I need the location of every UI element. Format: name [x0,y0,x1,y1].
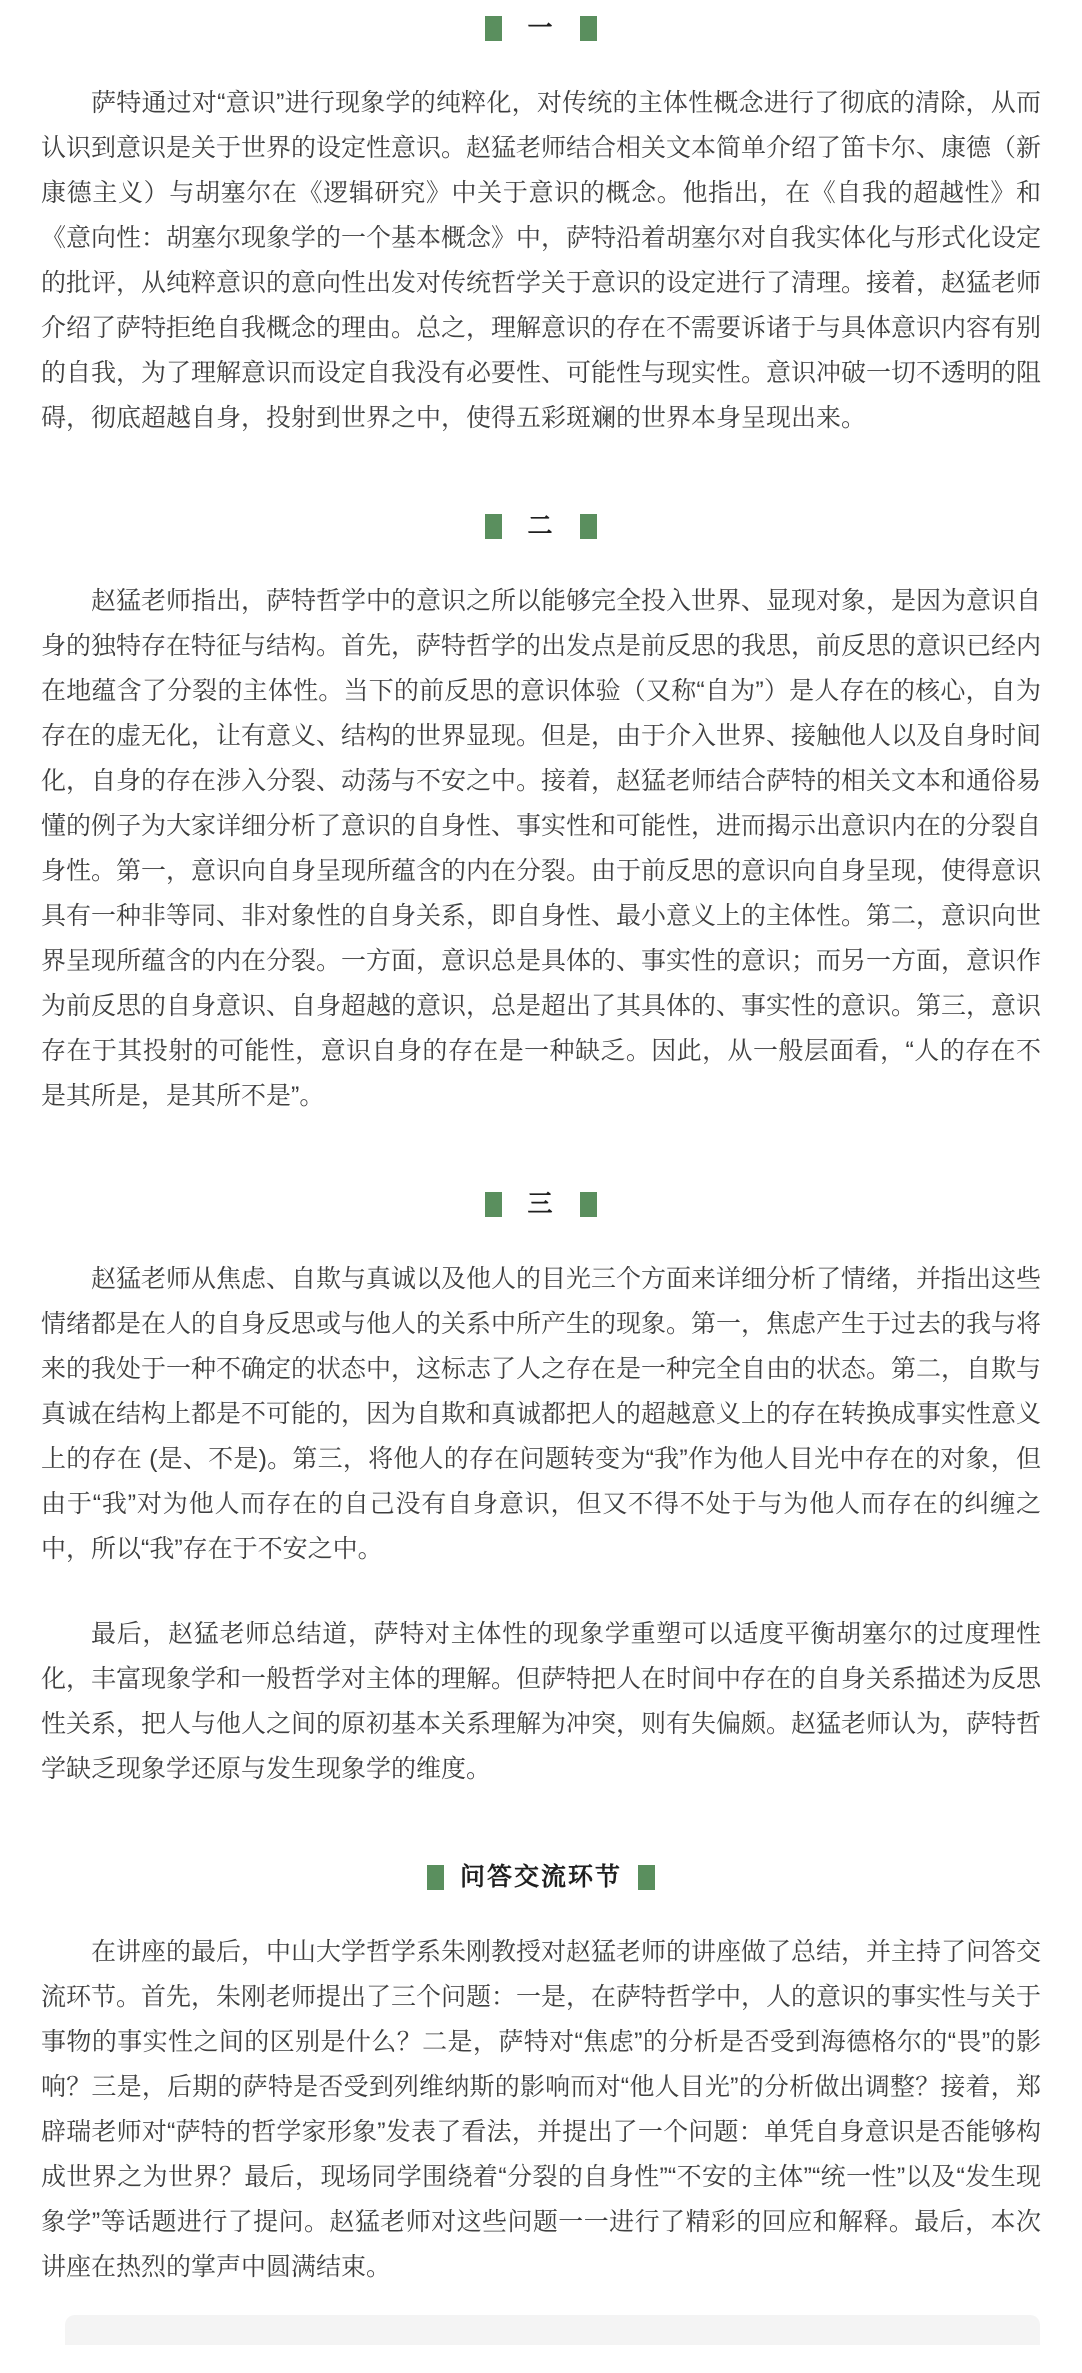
green-square-icon [580,16,597,41]
section-header-two: 二 [0,514,1082,539]
green-square-icon [580,1192,597,1217]
section-one-paragraph: 萨特通过对“意识”进行现象学的纯粹化，对传统的主体性概念进行了彻底的清除，从而认… [41,81,1041,441]
section-header-qa: 问答交流环节 [0,1865,1082,1890]
section-three-paragraph-2: 最后，赵猛老师总结道，萨特对主体性的现象学重塑可以适度平衡胡塞尔的过度理性化，丰… [41,1612,1041,1792]
section-two-paragraph: 赵猛老师指出，萨特哲学中的意识之所以能够完全投入世界、显现对象，是因为意识自身的… [41,579,1041,1119]
section-three-paragraph-1: 赵猛老师从焦虑、自欺与真诚以及他人的目光三个方面来详细分析了情绪，并指出这些情绪… [41,1257,1041,1572]
section-title-qa: 问答交流环节 [460,1865,622,1890]
section-header-one: 一 [0,16,1082,41]
green-square-icon [638,1865,655,1890]
qa-paragraph: 在讲座的最后，中山大学哲学系朱刚教授对赵猛老师的讲座做了总结，并主持了问答交流环… [41,1930,1041,2290]
green-square-icon [485,1192,502,1217]
green-square-icon [427,1865,444,1890]
green-square-icon [485,514,502,539]
green-square-icon [485,16,502,41]
next-section-card [65,2315,1040,2345]
section-title-two: 二 [527,514,554,539]
section-header-three: 三 [0,1192,1082,1217]
green-square-icon [580,514,597,539]
article-page: 一 萨特通过对“意识”进行现象学的纯粹化，对传统的主体性概念进行了彻底的清除，从… [0,0,1082,2345]
section-title-one: 一 [527,16,554,41]
section-title-three: 三 [527,1192,554,1217]
